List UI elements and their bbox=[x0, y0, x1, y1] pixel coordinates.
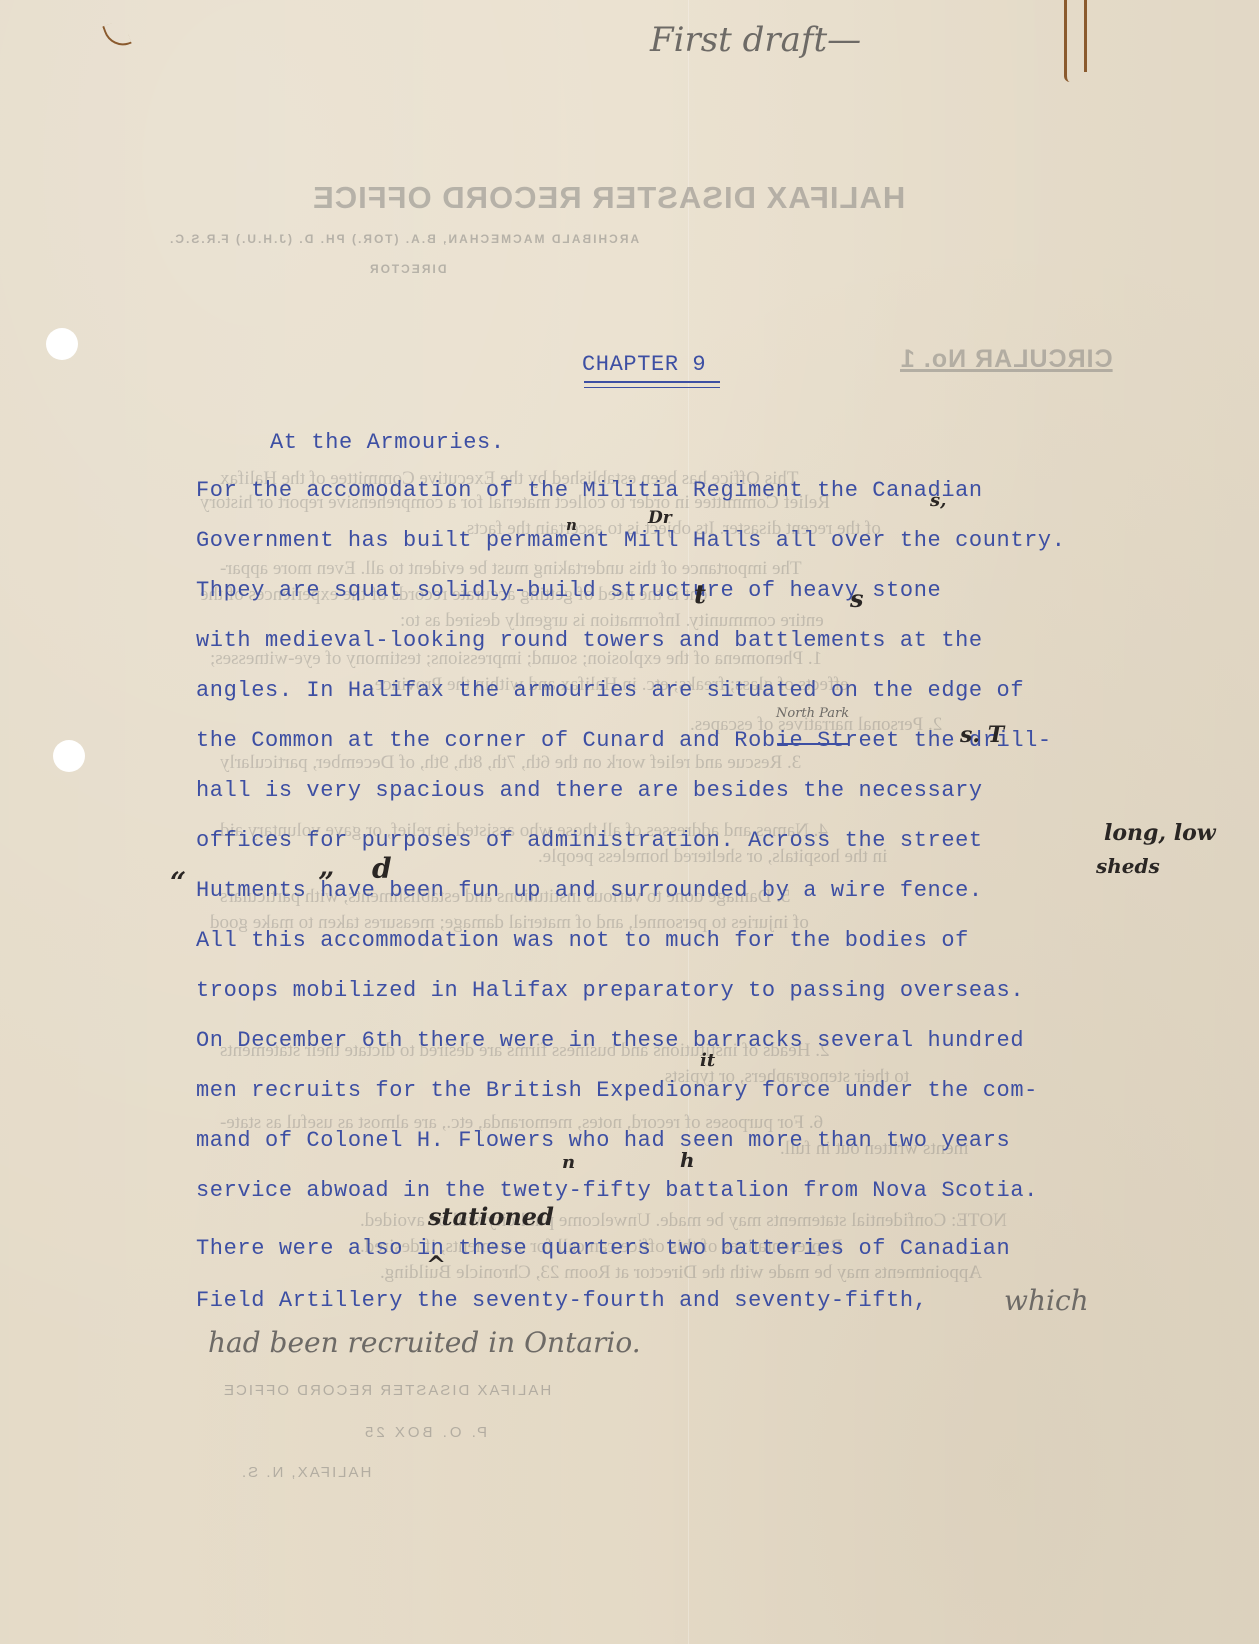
body-line: Government has built permament Mill Hall… bbox=[196, 528, 1066, 553]
bleed-footer-title: HALIFAX DISASTER RECORD OFFICE bbox=[222, 1382, 551, 1399]
body-line: offices for purposes of administration. … bbox=[196, 828, 983, 853]
annotation-stationed: stationed bbox=[428, 1202, 554, 1231]
annotation-insert: n bbox=[562, 1152, 575, 1173]
body-line: hall is very spacious and there are besi… bbox=[196, 778, 983, 803]
body-line: with medieval-looking round towers and b… bbox=[196, 628, 983, 653]
annotation-sheds: sheds bbox=[1096, 854, 1160, 878]
stain-mark bbox=[1078, 0, 1087, 72]
body-line: troops mobilized in Halifax preparatory … bbox=[196, 978, 1024, 1003]
bleed-letterhead-role: DIRECTOR bbox=[368, 262, 446, 276]
bleed-circular: CIRCULAR No. 1 bbox=[900, 345, 1113, 374]
bleed-line: Appointments may be made with the Direct… bbox=[380, 1262, 982, 1284]
body-line: angles. In Halifax the armouries are sit… bbox=[196, 678, 1024, 703]
punch-hole bbox=[46, 328, 78, 360]
bleed-letterhead-sub: ARCHIBALD MACMECHAN, B.A. (TOR.) PH. D. … bbox=[168, 232, 639, 246]
title-underline bbox=[584, 387, 720, 388]
bleed-line: The importance of this undertaking must … bbox=[220, 558, 802, 580]
body-line: Hutments have been fun up and surrounded… bbox=[196, 878, 983, 903]
body-line: There were also in these quarters two ba… bbox=[196, 1236, 1010, 1261]
section-heading: At the Armouries. bbox=[270, 430, 505, 455]
punch-hole bbox=[53, 740, 85, 772]
body-line: Field Artillery the seventy-fourth and s… bbox=[196, 1288, 928, 1313]
annotation-recruited: had been recruited in Ontario. bbox=[208, 1326, 641, 1359]
annotation-insert: t bbox=[694, 580, 706, 610]
body-line: All this accommodation was not to much f… bbox=[196, 928, 969, 953]
title-underline bbox=[584, 381, 720, 383]
annotation-which: which bbox=[1004, 1284, 1089, 1317]
annotation-quote-open: “ bbox=[170, 866, 186, 899]
bleed-footer-box: P. O. BOX 25 bbox=[362, 1424, 487, 1441]
body-line: Thpey are squat solidly-build structure … bbox=[196, 578, 941, 603]
body-line: the Common at the corner of Cunard and R… bbox=[196, 728, 1052, 753]
caret-mark: ^ bbox=[426, 1250, 446, 1279]
annotation-insert: n bbox=[566, 516, 577, 534]
body-line: For the accomodation of the Militia Regi… bbox=[196, 478, 983, 503]
body-line: On December 6th there were in these barr… bbox=[196, 1028, 1024, 1053]
body-line: service abwoad in the twety-fifty battal… bbox=[196, 1178, 1038, 1203]
strikethrough bbox=[777, 743, 849, 745]
annotation-comma: s, bbox=[930, 490, 946, 511]
bleed-footer-city: HALIFAX, N. S. bbox=[240, 1464, 371, 1481]
body-line: men recruits for the British Expedionary… bbox=[196, 1078, 1038, 1103]
annotation-insert: d bbox=[372, 852, 392, 885]
first-draft-note: First draft— bbox=[650, 20, 861, 60]
bleed-letterhead-title: HALIFAX DISASTER RECORD OFFICE bbox=[312, 180, 905, 216]
annotation-north-park: North Park bbox=[776, 706, 849, 721]
stain-mark bbox=[102, 19, 132, 51]
annotation-quote-close: ” bbox=[318, 866, 334, 899]
body-line: mand of Colonel H. Flowers who had seen … bbox=[196, 1128, 1010, 1153]
chapter-title: CHAPTER 9 bbox=[582, 352, 706, 377]
stain-mark bbox=[1064, 0, 1075, 82]
annotation-insert: Dr bbox=[648, 508, 672, 528]
annotation-sentence-break: s. T bbox=[960, 722, 1004, 748]
bleed-line: 3. Rescue and relief work on the 6th, 7t… bbox=[220, 752, 801, 774]
annotation-long-low: long, low bbox=[1104, 820, 1216, 846]
annotation-insert: it bbox=[700, 1050, 715, 1071]
annotation-insert: h bbox=[680, 1148, 695, 1172]
annotation-insert: s bbox=[850, 584, 864, 613]
